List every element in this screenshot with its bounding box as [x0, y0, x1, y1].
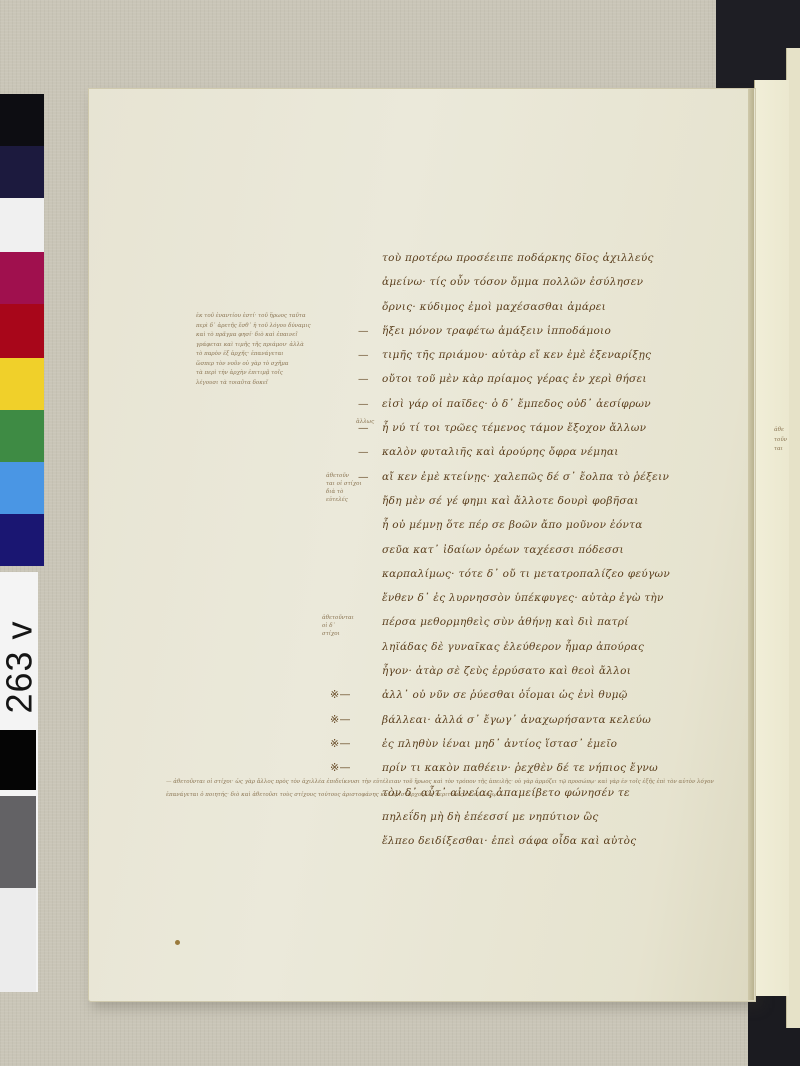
- marginal-line: ἀθετοῦνται: [322, 614, 354, 622]
- text-line: —οὔτοι τοῦ μὲν κὰρ πρίαμος γέρας ἐν χερὶ…: [360, 367, 750, 391]
- dash-marker: —: [358, 343, 369, 367]
- text-line: σεῦα κατ᾽ ἰδαίων ὀρέων ταχέεσσι πόδεσσι: [360, 538, 750, 562]
- text-line-content: ἐς πληθὺν ἰέναι μηδ᾽ ἀντίος ἵστασ᾽ ἐμεῖο: [382, 732, 617, 756]
- text-line-content: αἴ κεν ἐμὲ κτείνῃς· χαλεπῶς δέ σ᾽ ἔολπα …: [382, 465, 669, 489]
- main-text-block: τοὺ προτέρω προσέειπε ποδάρκης δῖος ἀχιλ…: [360, 246, 750, 853]
- text-line-content: ἀμείνω· τίς οὖν τόσον ὄμμα πολλῶν ἐσύλησ…: [382, 270, 643, 294]
- marginal-line: ἐκ τοῦ ἐναντίου ἐστί· τοῦ ἥρωος ταῦτα: [196, 312, 356, 322]
- color-swatch: [0, 198, 44, 252]
- text-line: ἦγον· ἀτὰρ σὲ ζεὺς ἐρρύσατο καὶ θεοὶ ἄλλ…: [360, 659, 750, 683]
- text-line-content: ἦ οὐ μέμνῃ ὅτε πέρ σε βοῶν ἄπο μοῦνον ἐό…: [382, 513, 643, 537]
- next-leaf: [754, 80, 789, 996]
- marginal-note-athetesis-2: ἀθετοῦνταιοἱ δ᾽στίχοι: [322, 614, 354, 638]
- text-line: —ἥξει μόνον τραφέτω ἀμάξειν ἱπποδάμοιο: [360, 319, 750, 343]
- dash-marker: —: [358, 465, 369, 489]
- text-line: ἦ οὐ μέμνῃ ὅτε πέρ σε βοῶν ἄπο μοῦνον ἐό…: [360, 513, 750, 537]
- text-line-content: ἦγον· ἀτὰρ σὲ ζεὺς ἐρρύσατο καὶ θεοὶ ἄλλ…: [382, 659, 631, 683]
- color-calibration-strip: [0, 94, 44, 566]
- asterisk-dash-marker: ※—: [330, 732, 351, 756]
- marginal-line: περὶ δ᾽ ἀρετῆς ἔσθ᾽ ἡ τοῦ λόγου δύναμις: [196, 322, 356, 332]
- marginal-line: ται οἱ στίχοι: [326, 480, 362, 488]
- marginal-line: τὸ παρὸν ἐξ ἀρχῆς· ἐπανάγεται: [196, 350, 356, 360]
- text-line: ἔνθεν δ᾽ ἐς λυρνησσὸν ὑπέκφυγες· αὐτὰρ ἐ…: [360, 586, 750, 610]
- folio-number: 263 v: [2, 582, 38, 752]
- dash-marker: —: [358, 440, 369, 464]
- text-line-content: ὄρνις· κύδιμος ἐμοὶ μαχέσασθαι ἀμάρει: [382, 295, 606, 319]
- text-line-content: ληϊάδας δὲ γυναῖκας ἐλεύθερον ἦμαρ ἀπούρ…: [382, 635, 644, 659]
- text-line: —εἰσὶ γάρ οἱ παῖδες· ὁ δ᾽ ἔμπεδος οὐδ᾽ ἀ…: [360, 392, 750, 416]
- marginal-line: γράφεται καὶ τιμῆς τῆς πριάμου· ἀλλὰ: [196, 341, 356, 351]
- color-swatch: [0, 514, 44, 566]
- text-line-content: οὔτοι τοῦ μὲν κὰρ πρίαμος γέρας ἐν χερὶ …: [382, 367, 647, 391]
- color-swatch: [0, 462, 44, 514]
- marginal-line: ἀθε: [774, 426, 794, 436]
- dash-marker: —: [358, 416, 369, 440]
- text-line-content: εἰσὶ γάρ οἱ παῖδες· ὁ δ᾽ ἔμπεδος οὐδ᾽ ἀε…: [382, 392, 651, 416]
- dash-marker: —: [358, 367, 369, 391]
- text-line: —καλὸν φυταλιῆς καὶ ἀρούρης ὄφρα νέμηαι: [360, 440, 750, 464]
- marginal-line: στίχοι: [322, 630, 354, 638]
- text-line-content: βάλλεαι· ἀλλά σ᾽ ἔγωγ᾽ ἀναχωρήσαντα κελε…: [382, 708, 651, 732]
- text-line: καρπαλίμως· τότε δ᾽ οὔ τι μετατροπαλίζεο…: [360, 562, 750, 586]
- marginal-line: λέγουσι τὰ τοιαῦτα δοκεῖ: [196, 379, 356, 389]
- text-line: ※—βάλλεαι· ἀλλά σ᾽ ἔγωγ᾽ ἀναχωρήσαντα κε…: [360, 708, 750, 732]
- marginal-note-athetesis-1: ἀθετοῦνται οἱ στίχοιδιὰ τὸεὐτελές: [326, 472, 362, 504]
- text-line-content: ἔλπεο δειδίξεσθαι· ἐπεὶ σάφα οἶδα καὶ αὐ…: [382, 829, 636, 853]
- marginal-line: τὰ περὶ τὴν ἀρχὴν ἐπιτιμᾷ τοῖς: [196, 369, 356, 379]
- text-line: ληϊάδας δὲ γυναῖκας ἐλεύθερον ἦμαρ ἀπούρ…: [360, 635, 750, 659]
- text-line: ἀμείνω· τίς οὖν τόσον ὄμμα πολλῶν ἐσύλησ…: [360, 270, 750, 294]
- text-line: πηλεΐδη μὴ δὴ ἐπέεσσί με νηπύτιον ὣς: [360, 805, 750, 829]
- gray-swatch-mid: [0, 796, 36, 888]
- text-line-content: πέρσα μεθορμηθεὶς σὺν ἀθήνῃ καὶ διὶ πατρ…: [382, 610, 629, 634]
- marginal-line: ἀθετοῦν: [326, 472, 362, 480]
- text-line: ἤδη μὲν σέ γέ φημι καὶ ἄλλοτε δουρὶ φοβῆ…: [360, 489, 750, 513]
- color-swatch: [0, 146, 44, 198]
- color-swatch: [0, 94, 44, 146]
- text-line: —ἦ νύ τί τοι τρῶες τέμενος τάμον ἔξοχον …: [360, 416, 750, 440]
- text-line-content: ἔνθεν δ᾽ ἐς λυρνησσὸν ὑπέκφυγες· αὐτὰρ ἐ…: [382, 586, 664, 610]
- text-line-content: τοὺ προτέρω προσέειπε ποδάρκης δῖος ἀχιλ…: [382, 246, 654, 270]
- text-line-content: τιμῆς τῆς πριάμου· αὐτὰρ εἴ κεν ἐμὲ ἐξεν…: [382, 343, 651, 367]
- color-swatch: [0, 410, 44, 462]
- text-line: ὄρνις· κύδιμος ἐμοὶ μαχέσασθαι ἀμάρει: [360, 295, 750, 319]
- marginal-line: ὥσπερ τὸν νοῦν οὐ γὰρ τὸ σχῆμα: [196, 360, 356, 370]
- text-line: ※—ἀλλ᾽ οὐ νῦν σε ῥύεσθαι ὀΐομαι ὡς ἐνὶ θ…: [360, 683, 750, 707]
- text-line-content: τὸν δ᾽ αὖτ᾽ αἰνείας ἀπαμείβετο φώνησέν τ…: [382, 781, 630, 805]
- page-stain: [175, 940, 180, 945]
- folio-label: 263 v: [0, 620, 41, 713]
- color-swatch: [0, 252, 44, 304]
- gray-swatch-light: [0, 888, 36, 992]
- color-swatch: [0, 358, 44, 410]
- dash-marker: —: [358, 319, 369, 343]
- text-line-content: πρίν τι κακὸν παθέειν· ῥεχθὲν δέ τε νήπι…: [382, 756, 658, 780]
- marginal-line: οἱ δ᾽: [322, 622, 354, 630]
- text-line: τὸν δ᾽ αὖτ᾽ αἰνείας ἀπαμείβετο φώνησέν τ…: [360, 781, 750, 805]
- text-line-content: ἤδη μὲν σέ γέ φημι καὶ ἄλλοτε δουρὶ φοβῆ…: [382, 489, 639, 513]
- marginal-line: ται: [774, 445, 794, 455]
- marginal-line: τοῦν: [774, 436, 794, 446]
- left-scholion: ἐκ τοῦ ἐναντίου ἐστί· τοῦ ἥρωος ταῦταπερ…: [196, 312, 356, 388]
- next-leaf-marginal-note: ἀθετοῦνται: [774, 426, 794, 455]
- marginal-line: διὰ τὸ: [326, 488, 362, 496]
- marginal-line: καὶ τὸ πρᾶγμα φησί· διὸ καὶ ἐπαινεῖ: [196, 331, 356, 341]
- color-swatch: [0, 304, 44, 358]
- text-line: —τιμῆς τῆς πριάμου· αὐτὰρ εἴ κεν ἐμὲ ἐξε…: [360, 343, 750, 367]
- text-line: ※—πρίν τι κακὸν παθέειν· ῥεχθὲν δέ τε νή…: [360, 756, 750, 780]
- asterisk-dash-marker: ※—: [330, 683, 351, 707]
- text-line-content: ἀλλ᾽ οὐ νῦν σε ῥύεσθαι ὀΐομαι ὡς ἐνὶ θυμ…: [382, 683, 628, 707]
- text-line-content: ἥξει μόνον τραφέτω ἀμάξειν ἱπποδάμοιο: [382, 319, 611, 343]
- text-line: τοὺ προτέρω προσέειπε ποδάρκης δῖος ἀχιλ…: [360, 246, 750, 270]
- text-line-content: σεῦα κατ᾽ ἰδαίων ὀρέων ταχέεσσι πόδεσσι: [382, 538, 624, 562]
- text-line: ※—ἐς πληθὺν ἰέναι μηδ᾽ ἀντίος ἵστασ᾽ ἐμε…: [360, 732, 750, 756]
- marginal-line: εὐτελές: [326, 496, 362, 504]
- text-line-content: πηλεΐδη μὴ δὴ ἐπέεσσί με νηπύτιον ὣς: [382, 805, 599, 829]
- text-line: —αἴ κεν ἐμὲ κτείνῃς· χαλεπῶς δέ σ᾽ ἔολπα…: [360, 465, 750, 489]
- text-line: πέρσα μεθορμηθεὶς σὺν ἀθήνῃ καὶ διὶ πατρ…: [360, 610, 750, 634]
- text-line-content: καλὸν φυταλιῆς καὶ ἀρούρης ὄφρα νέμηαι: [382, 440, 619, 464]
- text-line-content: ἦ νύ τί τοι τρῶες τέμενος τάμον ἔξοχον ἄ…: [382, 416, 646, 440]
- text-line-content: καρπαλίμως· τότε δ᾽ οὔ τι μετατροπαλίζεο…: [382, 562, 670, 586]
- asterisk-dash-marker: ※—: [330, 708, 351, 732]
- asterisk-dash-marker: ※—: [330, 756, 351, 780]
- text-line: ἔλπεο δειδίξεσθαι· ἐπεὶ σάφα οἶδα καὶ αὐ…: [360, 829, 750, 853]
- dash-marker: —: [358, 392, 369, 416]
- gray-swatch-black: [0, 730, 36, 790]
